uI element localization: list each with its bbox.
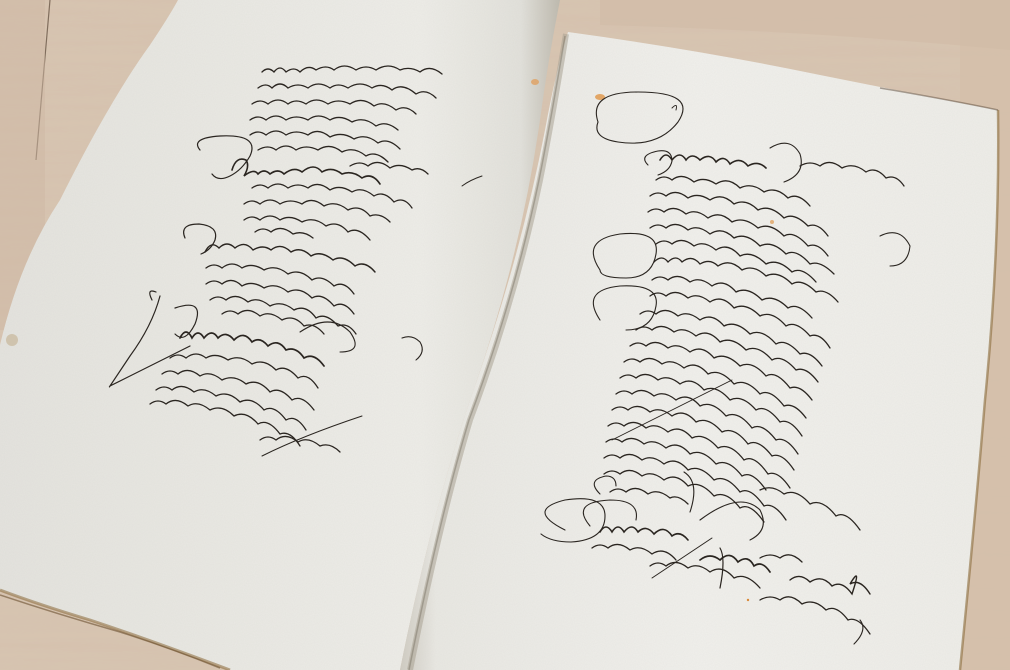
manuscript-photo: Zum Neunten Item Dann soll fürs Zehende …: [0, 0, 1010, 670]
photo-svg: [0, 0, 1010, 670]
